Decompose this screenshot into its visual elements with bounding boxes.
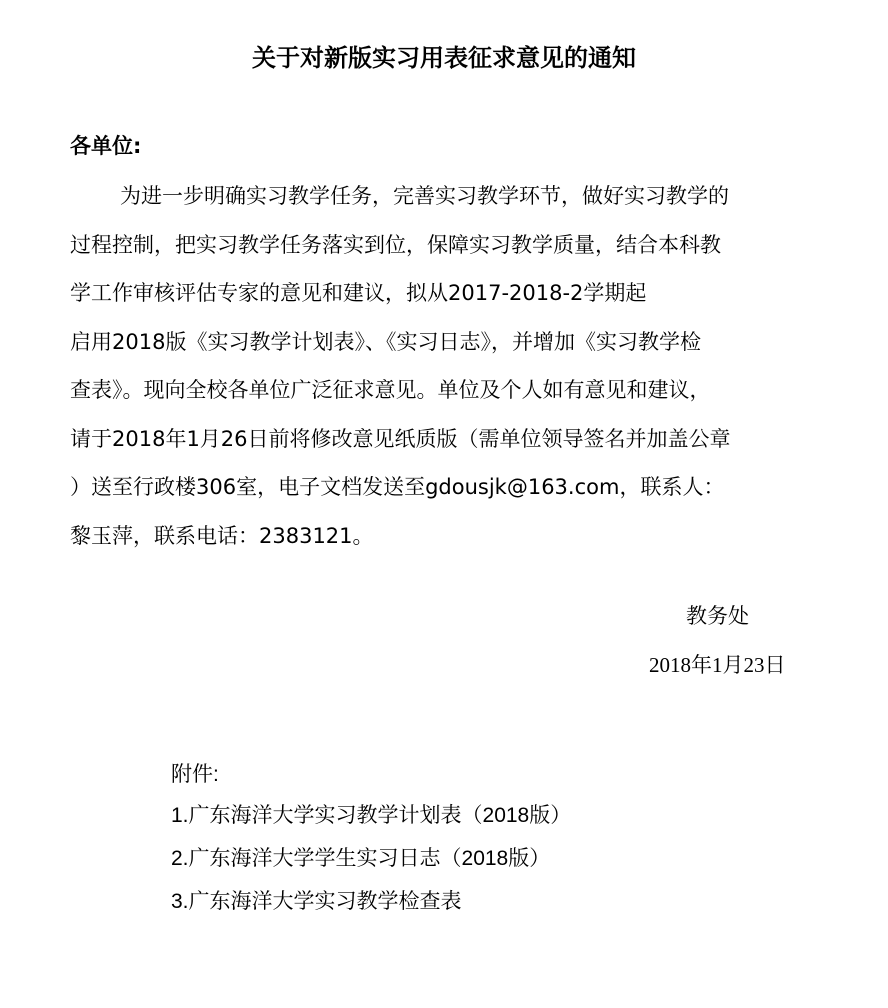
signature-department: 教务处 — [686, 596, 749, 636]
attachment-item-internship-log[interactable]: 2.广东海洋大学学生实习日志（2018版） — [171, 837, 571, 880]
body-line: 启用2018版《实习教学计划表》、《实习日志》，并增加《实习教学检 — [70, 318, 830, 367]
body-line: 查表》。现向全校各单位广泛征求意见。单位及个人如有意见和建议， — [70, 366, 830, 415]
attachment-link[interactable]: 3.广东海洋大学实习教学检查表 — [171, 890, 462, 913]
attachments-label: 附件: — [171, 758, 571, 794]
notice-body: 为进一步明确实习教学任务，完善实习教学环节，做好实习教学的 过程控制，把实习教学… — [70, 172, 830, 560]
attachment-item-inspection-table[interactable]: 3.广东海洋大学实习教学检查表 — [171, 880, 571, 923]
body-line: 为进一步明确实习教学任务，完善实习教学环节，做好实习教学的 — [70, 172, 830, 221]
attachments-section: 附件: 1.广东海洋大学实习教学计划表（2018版） 2.广东海洋大学学生实习日… — [171, 758, 571, 923]
attachment-link[interactable]: 1.广东海洋大学实习教学计划表（2018版） — [171, 804, 571, 827]
signature-date: 2018年1月23日 — [649, 645, 786, 685]
body-line: 过程控制，把实习教学任务落实到位，保障实习教学质量，结合本科教 — [70, 221, 830, 270]
attachment-item-plan-table[interactable]: 1.广东海洋大学实习教学计划表（2018版） — [171, 794, 571, 837]
attachment-link[interactable]: 2.广东海洋大学学生实习日志（2018版） — [171, 847, 550, 870]
page-title: 关于对新版实习用表征求意见的通知 — [0, 40, 888, 76]
body-line-with-email: ）送至行政楼306室，电子文档发送至gdousjk@163.com，联系人： — [70, 463, 830, 512]
salutation: 各单位: — [70, 130, 141, 162]
body-line: 请于2018年1月26日前将修改意见纸质版（需单位领导签名并加盖公章 — [70, 415, 830, 464]
body-line-contact: 黎玉萍，联系电话：2383121。 — [70, 512, 830, 561]
body-line: 学工作审核评估专家的意见和建议，拟从2017-2018-2学期起 — [70, 269, 830, 318]
